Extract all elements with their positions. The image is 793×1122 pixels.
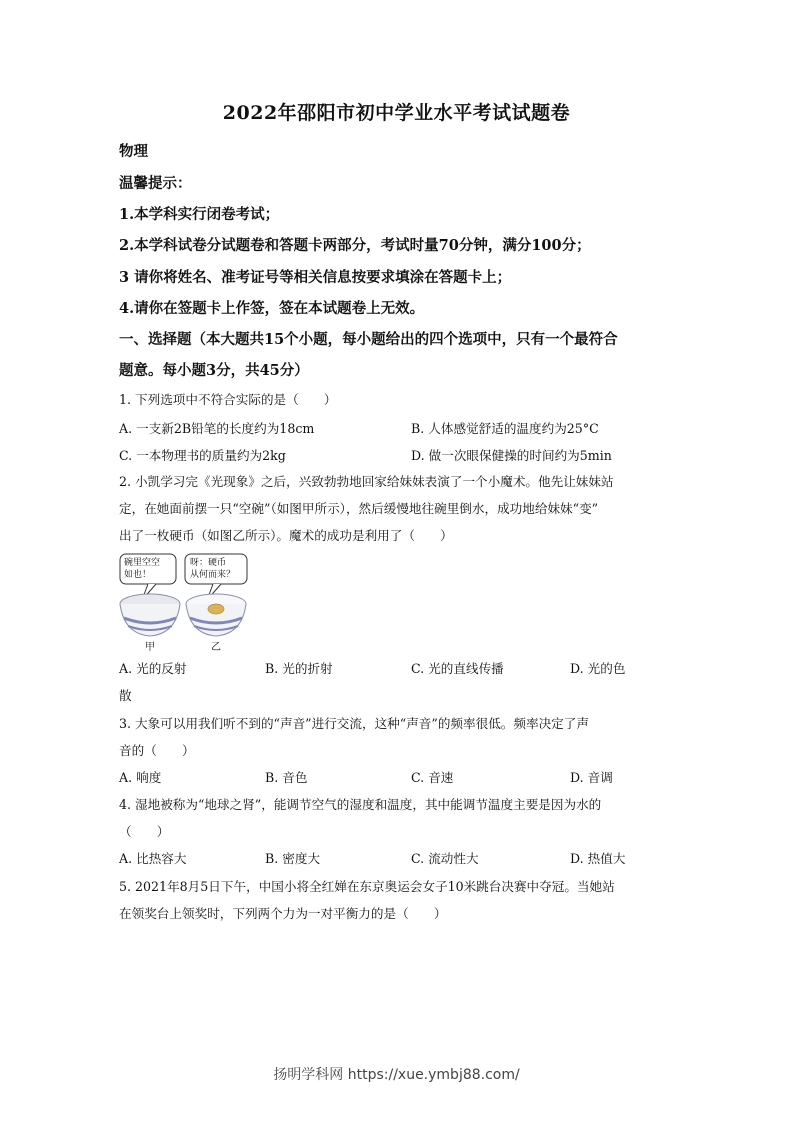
option-d: D. 热值大 xyxy=(570,848,625,867)
option-c: C. 音速 xyxy=(411,767,453,786)
coin-icon xyxy=(208,604,224,614)
option-b: B. 音色 xyxy=(265,767,307,786)
option-b: B. 光的折射 xyxy=(265,658,333,677)
option-c: C. 一本物理书的质量约为2kg xyxy=(119,445,286,464)
option-a: A. 比热容大 xyxy=(119,848,186,867)
option-d-wrap: 散 xyxy=(119,685,132,704)
question-stem: 出了一枚硬币（如图乙所示）。魔术的成功是利用了（ ） xyxy=(119,525,453,544)
option-d: D. 音调 xyxy=(570,767,613,786)
bubble-right-text: 呀：硬币 从何而来？ xyxy=(190,557,235,581)
question-stem: 2. 小凯学习完《光现象》之后，兴致勃勃地回家给妹妹表演了一个小魔术。他先让妹妹… xyxy=(119,471,614,490)
question-stem: 4. 湿地被称为“地球之肾”，能调节空气的湿度和温度，其中能调节温度主要是因为水… xyxy=(119,794,601,813)
label-jia: 甲 xyxy=(145,638,155,653)
question-stem: 音的（ ） xyxy=(119,740,195,759)
page-title: 2022年邵阳市初中学业水平考试试题卷 xyxy=(0,98,793,125)
notice-item: 1.本学科实行闭卷考试； xyxy=(119,203,279,224)
notice-item: 2.本学科试卷分试题卷和答题卡两部分，考试时量70分钟，满分100分； xyxy=(119,234,591,255)
question-stem: 1. 下列选项中不符合实际的是（ ） xyxy=(119,389,337,408)
subject-label: 物理 xyxy=(119,140,148,161)
option-c: C. 光的直线传播 xyxy=(411,658,504,677)
section-heading: 一、选择题（本大题共15个小题，每小题给出的四个选项中，只有一个最符合 xyxy=(119,328,618,349)
question-stem: 5. 2021年8月5日下午，中国小将全红婵在东京奥运会女子10米跳台决赛中夺冠… xyxy=(119,876,615,895)
exam-page: 2022年邵阳市初中学业水平考试试题卷 物理 温馨提示： 1.本学科实行闭卷考试… xyxy=(0,0,793,1122)
notice-item: 3 请你将姓名、准考证号等相关信息按要求填涂在答题卡上； xyxy=(119,266,511,287)
question-stem: 在领奖台上领奖时，下列两个力为一对平衡力的是（ ） xyxy=(119,903,446,922)
label-yi: 乙 xyxy=(211,638,221,653)
option-d: D. 做一次眼保健操的时间约为5min xyxy=(411,445,612,464)
notice-heading: 温馨提示： xyxy=(119,172,192,193)
question-stem: 定，在她面前摆一只“空碗”（如图甲所示），然后缓慢地往碗里倒水，成功地给妹妹“变… xyxy=(119,498,598,517)
bubble-left-text: 碗里空空 如也！ xyxy=(124,557,160,581)
option-a: A. 响度 xyxy=(119,767,161,786)
question-stem: （ ） xyxy=(119,821,169,840)
question-stem: 3. 大象可以用我们听不到的“声音”进行交流，这种“声音”的频率很低。频率决定了… xyxy=(119,713,589,732)
option-d: D. 光的色 xyxy=(570,658,625,677)
section-heading: 题意。每小题3分，共45分） xyxy=(119,359,309,380)
option-c: C. 流动性大 xyxy=(411,848,479,867)
option-a: A. 一支新2B铅笔的长度约为18cm xyxy=(119,418,314,437)
option-b: B. 人体感觉舒适的温度约为25°C xyxy=(411,418,599,437)
option-a: A. 光的反射 xyxy=(119,658,186,677)
bowl-magic-figure: 碗里空空 如也！ 呀：硬币 从何而来？ 甲 乙 xyxy=(118,552,250,652)
footer-watermark: 扬明学科网 https://xue.ymbj88.com/ xyxy=(0,1064,793,1084)
option-b: B. 密度大 xyxy=(265,848,320,867)
notice-item: 4.请你在签题卡上作签，签在本试题卷上无效。 xyxy=(119,297,424,318)
